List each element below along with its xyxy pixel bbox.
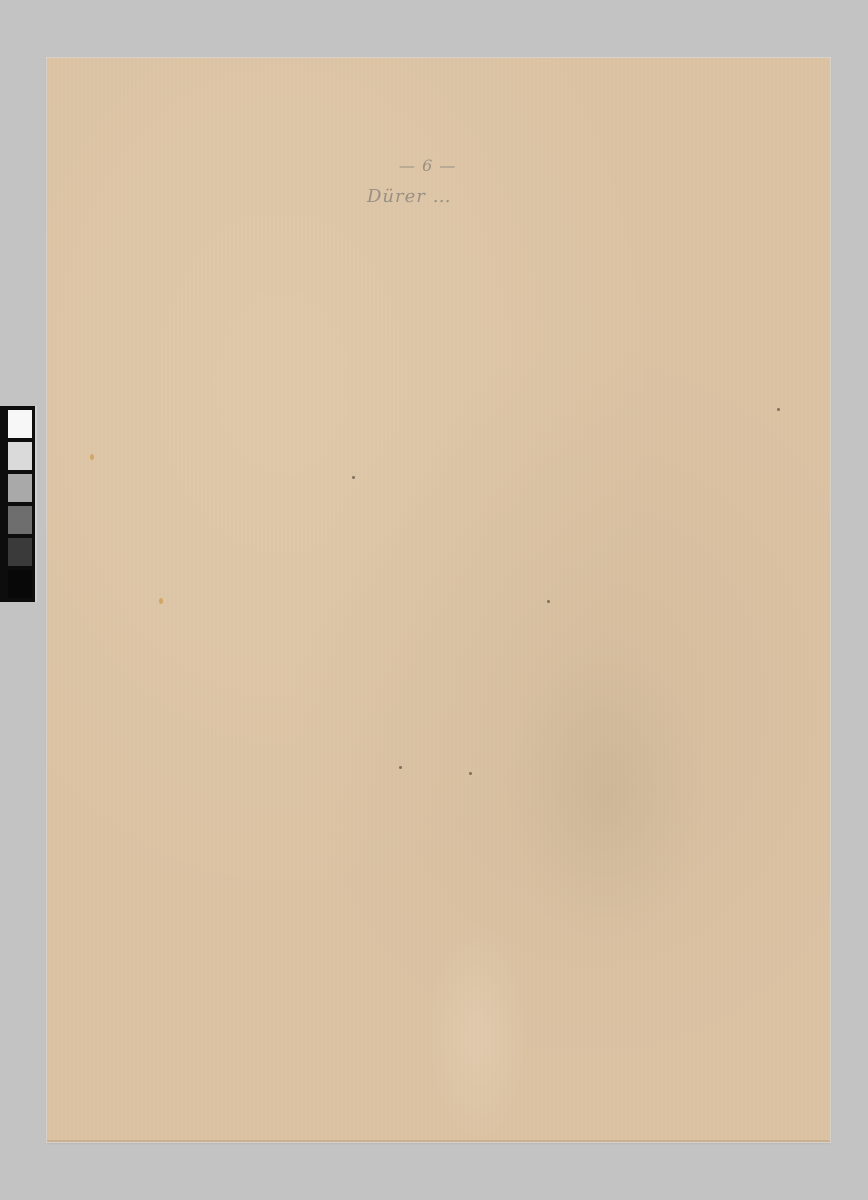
patch-mid-gray <box>8 506 32 534</box>
pencil-inscription-number: — 6 — <box>399 156 456 175</box>
paper-speck <box>777 408 780 411</box>
paper-sheet: — 6 — Dürer … <box>47 58 830 1142</box>
grayscale-calibration-strip <box>0 406 37 602</box>
patch-black <box>8 570 32 598</box>
faint-show-through-sketch <box>497 638 717 958</box>
paper-speck <box>547 600 550 603</box>
paper-speck <box>399 766 402 769</box>
foxing-stain <box>90 454 94 460</box>
foxing-stain <box>159 598 163 604</box>
patch-light-gray <box>8 442 32 470</box>
patch-white <box>8 410 32 438</box>
patch-dark-gray <box>8 538 32 566</box>
patch-mid-light-gray <box>8 474 32 502</box>
pencil-inscription-name: Dürer … <box>367 186 452 207</box>
paper-speck <box>352 476 355 479</box>
paper-speck <box>469 772 472 775</box>
